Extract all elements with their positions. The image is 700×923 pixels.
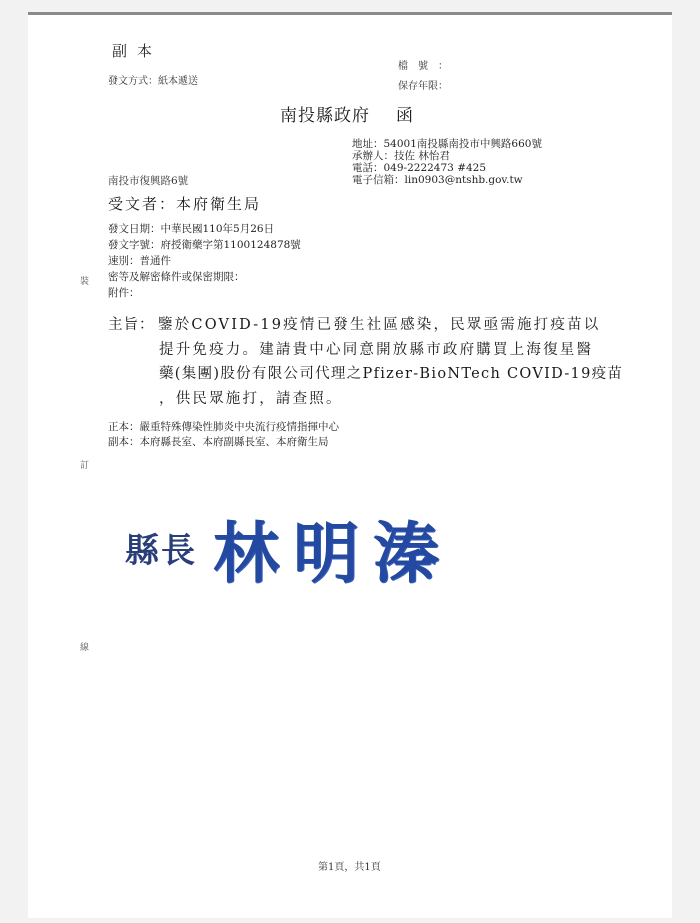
document-meta: 發文日期：中華民國110年5月26日 發文字號：府授衛藥字第1100124878… — [108, 221, 301, 301]
contact-block: 地址：54001南投縣南投市中興路660號 承辦人：技佐 林怡君 電話：049-… — [352, 138, 542, 186]
binding-mark-xian: 線 — [80, 640, 89, 653]
archive-number-field: 檔號： — [398, 57, 448, 72]
organization-name: 南投縣政府 — [280, 106, 370, 126]
delivery-speed: 速別：普通件 — [108, 253, 301, 269]
document-number: 發文字號：府授衛藥字第1100124878號 — [108, 237, 301, 253]
archive-number-colon: ： — [438, 61, 448, 72]
send-method: 發文方式：紙本遞送 — [108, 72, 198, 87]
document-page — [28, 12, 672, 918]
subject-line-4: ，供民眾施打，請查照。 — [108, 387, 623, 412]
signature-name: 林明溱 — [213, 500, 453, 595]
subject-block: 主旨：鑒於COVID-19疫情已發生社區感染，民眾亟需施打疫苗以 提升免疫力。建… — [108, 313, 623, 411]
document-type: 函 — [396, 106, 414, 126]
signature-stamp: 縣長林明溱 — [125, 500, 453, 595]
copy-recipients: 副本：本府縣長室、本府副縣長室、本府衛生局 — [108, 435, 339, 450]
page-number: 第1頁，共1頁 — [318, 858, 381, 873]
email: 電子信箱：lin0903@ntshb.gov.tw — [352, 174, 542, 186]
copy-label: 副本 — [112, 40, 162, 61]
subject-line-1: 鑒於COVID-19疫情已發生社區感染，民眾亟需施打疫苗以 — [158, 317, 600, 333]
phone: 電話：049-2222473 #425 — [352, 162, 542, 174]
document-title: 南投縣政府函 — [280, 101, 414, 126]
recipient-address: 南投市復興路6號 — [108, 173, 188, 188]
retention-period-field: 保存年限： — [398, 77, 448, 92]
issue-date: 發文日期：中華民國110年5月26日 — [108, 221, 301, 237]
handler: 承辦人：技佐 林怡君 — [352, 150, 542, 162]
sender-address: 地址：54001南投縣南投市中興路660號 — [352, 138, 542, 150]
binding-mark-zhuang: 裝 — [80, 274, 89, 287]
binding-mark-ding: 訂 — [80, 458, 89, 471]
archive-number-label: 檔號 — [398, 61, 438, 72]
signature-title: 縣長 — [125, 523, 197, 572]
distribution-block: 正本：嚴重特殊傳染性肺炎中央流行疫情指揮中心 副本：本府縣長室、本府副縣長室、本… — [108, 420, 339, 450]
original-recipient: 正本：嚴重特殊傳染性肺炎中央流行疫情指揮中心 — [108, 420, 339, 435]
attachments: 附件： — [108, 285, 301, 301]
recipient: 受文者：本府衛生局 — [108, 193, 261, 214]
subject-line-2: 提升免疫力。建請貴中心同意開放縣市政府購買上海復星醫 — [108, 338, 623, 363]
confidentiality: 密等及解密條件或保密期限： — [108, 269, 301, 285]
subject-label: 主旨： — [108, 313, 158, 338]
subject-line-3: 藥(集團)股份有限公司代理之Pfizer-BioNTech COVID-19疫苗 — [108, 362, 623, 387]
